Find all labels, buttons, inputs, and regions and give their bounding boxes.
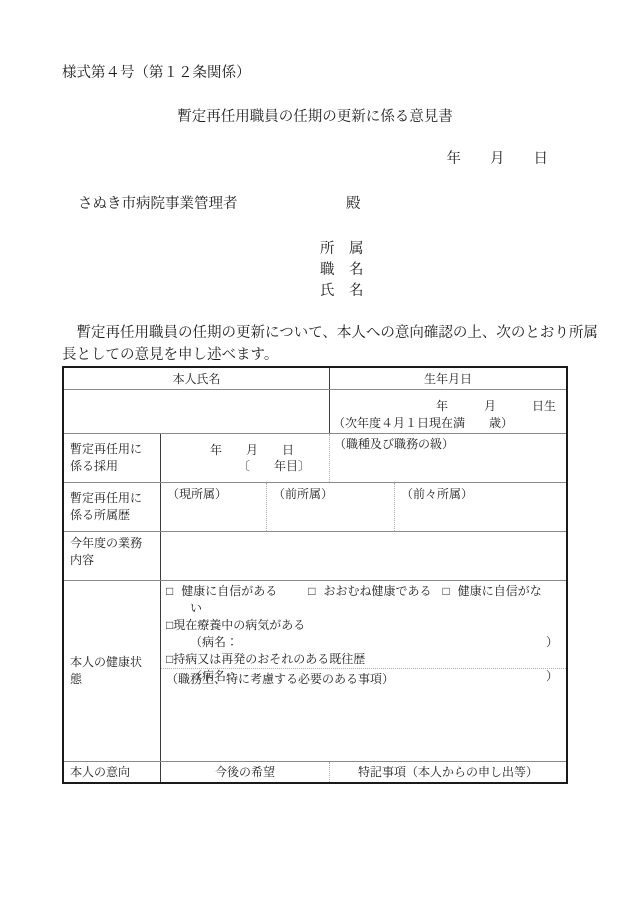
table-header-row: 本人氏名 生年月日 (64, 368, 566, 389)
form-number: 様式第４号（第１２条関係） (62, 61, 251, 82)
appointment-date-template: 年 月 日 (210, 442, 294, 458)
history-before-previous-field: （前々所属） (395, 483, 566, 531)
signature-block: 所 属 職 名 氏 名 (320, 239, 364, 302)
health-option-confident: □健康に自信がある (166, 583, 277, 600)
table-row-birthdate: 年 月 日生 （次年度４月１日現在満 歳） (64, 389, 566, 433)
table-row-history: 暫定再任用に係る所属歴 （現所属） （前所属） （前々所属） (64, 482, 566, 531)
date-line: 年 月 日 (62, 147, 548, 168)
opinion-table: 本人氏名 生年月日 年 月 日生 （次年度４月１日現在満 歳） 暫定再任用に係る… (62, 366, 568, 784)
future-hope-header: 今後の希望 (161, 762, 330, 782)
appointment-date-field: 年 月 日 〔 年目〕 (161, 434, 330, 482)
birth-date-field: 年 月 日生 （次年度４月１日現在満 歳） (330, 390, 566, 433)
appointment-label: 暫定再任用に係る採用 (64, 434, 161, 482)
page-title: 暫定再任用職員の任期の更新に係る意見書 (62, 105, 568, 126)
signature-name-label: 氏 名 (320, 281, 364, 302)
health-options-line: □健康に自信がある □おおむね健康である □健康に自信がな (166, 583, 566, 600)
body-line-2: 長としての意見を申し述べます。 (62, 344, 602, 366)
disease-name-line: （病名： ） (166, 634, 566, 651)
history-label: 暫定再任用に係る所属歴 (64, 483, 161, 531)
table-row-intention: 本人の意向 今後の希望 特記事項（本人からの申し出等） (64, 761, 566, 782)
health-option-not-confident: □健康に自信がな (443, 583, 542, 600)
health-option-generally: □おおむね健康である (308, 583, 431, 600)
health-option-confident-label: 健康に自信がある (181, 584, 277, 598)
health-option-history: □持病又は再発のおそれのある既往歴 (166, 651, 566, 668)
signature-jobtitle-label: 職 名 (320, 260, 364, 281)
signature-affiliation-label: 所 属 (320, 239, 364, 260)
health-field: □健康に自信がある □おおむね健康である □健康に自信がな い □現在療養中の病… (161, 581, 566, 761)
document-page: 様式第４号（第１２条関係） 暫定再任用職員の任期の更新に係る意見書 年 月 日 … (0, 0, 630, 903)
special-notes-header: 特記事項（本人からの申し出等） (330, 762, 566, 782)
body-paragraph: 暫定再任用職員の任期の更新について、本人への意向確認の上、次のとおり所属 長とし… (62, 322, 602, 366)
checkbox-icon: □ (166, 584, 173, 598)
duties-field (161, 532, 566, 580)
health-checkbox-section: □健康に自信がある □おおむね健康である □健康に自信がな い □現在療養中の病… (161, 581, 566, 669)
birth-date-template: 年 月 日生 (330, 390, 566, 414)
history-current-field: （現所属） (161, 483, 267, 531)
health-option-current-illness: □現在療養中の病気がある (166, 617, 566, 634)
appointment-year-count: 〔 年目〕 (238, 458, 310, 474)
job-class-note: （職種及び職務の級） (330, 434, 566, 482)
intention-label: 本人の意向 (64, 762, 161, 782)
health-option-history-label: 持病又は再発のおそれのある既往歴 (173, 652, 365, 666)
health-option-wrap-remainder: い (166, 600, 566, 617)
addressee-line: さぬき市病院事業管理者 殿 (78, 192, 498, 213)
header-birth-date: 生年月日 (330, 368, 566, 389)
work-consideration-note: （職務上、特に考慮する必要のある事項） (161, 669, 566, 687)
paren-close: ） (546, 634, 558, 651)
addressee-honorific: 殿 (346, 192, 361, 213)
checkbox-icon: □ (308, 584, 315, 598)
header-person-name: 本人氏名 (64, 368, 330, 389)
health-option-current-illness-label: 現在療養中の病気がある (173, 618, 305, 632)
body-line-1: 暫定再任用職員の任期の更新について、本人への意向確認の上、次のとおり所属 (62, 322, 602, 344)
table-row-duties: 今年度の業務内容 (64, 531, 566, 580)
table-row-appointment: 暫定再任用に係る採用 年 月 日 〔 年目〕 （職種及び職務の級） (64, 433, 566, 482)
disease-name-field (238, 634, 546, 651)
health-option-generally-label: おおむね健康である (324, 584, 432, 598)
health-option-not-confident-label: 健康に自信がな (458, 584, 542, 598)
birth-age-note: （次年度４月１日現在満 歳） (330, 414, 566, 431)
person-name-field (64, 390, 330, 433)
duties-label: 今年度の業務内容 (64, 532, 161, 580)
checkbox-icon: □ (443, 584, 450, 598)
table-row-health: 本人の健康状態 □健康に自信がある □おおむね健康である □健康に自信がな (64, 580, 566, 761)
disease-name-label: （病名： (190, 634, 238, 651)
health-label: 本人の健康状態 (64, 581, 161, 761)
addressee-name: さぬき市病院事業管理者 (78, 196, 238, 212)
history-previous-field: （前所属） (267, 483, 395, 531)
